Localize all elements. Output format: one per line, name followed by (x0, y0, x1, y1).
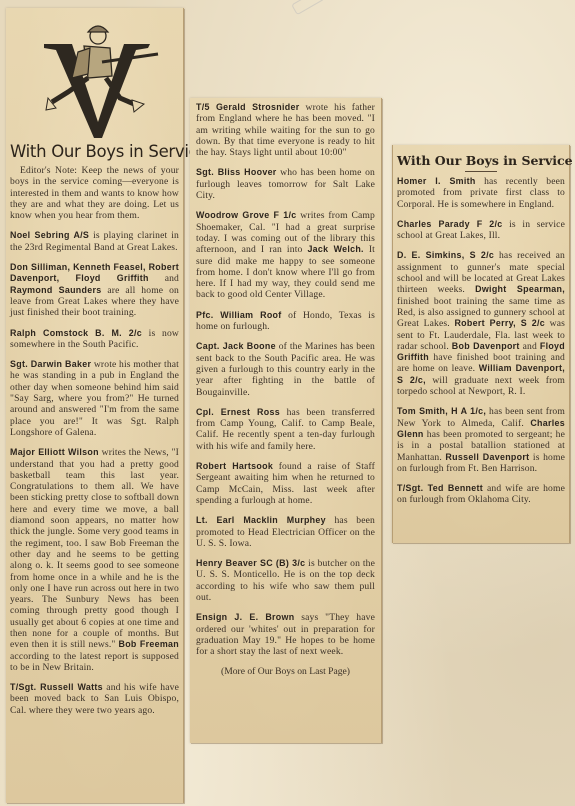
left-paragraphs: Editor's Note: Keep the news of your boy… (10, 165, 179, 716)
news-item: Noel Sebring A/S is playing clarinet in … (10, 230, 179, 253)
news-item: Capt. Jack Boone of the Marines has been… (196, 341, 375, 397)
serviceman-name: Henry Beaver SC (B) 3/c (196, 558, 305, 568)
serviceman-name: T/Sgt. Ted Bennett (397, 483, 483, 493)
news-item: Sgt. Darwin Baker wrote his mother that … (10, 359, 179, 438)
serviceman-name: Sgt. Darwin Baker (10, 359, 91, 369)
news-item: Homer I. Smith has recently been promote… (397, 176, 565, 210)
news-item: Major Elliott Wilson writes the News, "I… (10, 447, 179, 673)
serviceman-name: Pfc. William Roof (196, 310, 282, 320)
right-paragraphs: Homer I. Smith has recently been promote… (397, 176, 565, 506)
news-item: Tom Smith, H A 1/c, has been sent from N… (397, 406, 565, 474)
headline: With Our Boys in Service (397, 153, 565, 168)
continued-note: (More of Our Boys on Last Page) (196, 666, 375, 677)
news-item: Henry Beaver SC (B) 3/c is butcher on th… (196, 558, 375, 603)
serviceman-name: Tom Smith, H A 1/c, (397, 406, 486, 416)
serviceman-name: Bob Davenport (452, 341, 520, 351)
serviceman-name: Ralph Comstock B. M. 2/c (10, 328, 142, 338)
serviceman-name: Robert Hartsook (196, 461, 273, 471)
serviceman-name: Charles Glenn (397, 418, 565, 439)
serviceman-name: Jack Welch. (307, 244, 363, 254)
news-item: Editor's Note: Keep the news of your boy… (10, 165, 179, 221)
clipping-middle: T/5 Gerald Strosnider wrote his father f… (190, 98, 382, 743)
serviceman-name: Bob Freeman (118, 639, 179, 649)
soldier-running-through-v-icon (32, 18, 162, 142)
news-item: T/5 Gerald Strosnider wrote his father f… (196, 102, 375, 158)
serviceman-name: Noel Sebring A/S (10, 230, 89, 240)
serviceman-name: Raymond Saunders (10, 285, 101, 295)
news-item: D. E. Simkins, S 2/c has received an ass… (397, 250, 565, 397)
news-item: Sgt. Bliss Hoover who has been home on f… (196, 167, 375, 201)
serviceman-name: Lt. Earl Macklin Murphey (196, 515, 326, 525)
tape-mark (291, 0, 325, 15)
serviceman-name: Robert Perry, S 2/c (454, 318, 545, 328)
clipping-left: With Our Boys in Service Editor's Note: … (6, 8, 184, 803)
news-item: Don Silliman, Kenneth Feasel, Robert Dav… (10, 262, 179, 318)
serviceman-name: Cpl. Ernest Ross (196, 407, 280, 417)
serviceman-name: Homer I. Smith (397, 176, 476, 186)
news-item: T/Sgt. Ted Bennett and wife are home on … (397, 483, 565, 506)
serviceman-name: Major Elliott Wilson (10, 447, 99, 457)
news-item: Cpl. Ernest Ross has been transferred fr… (196, 407, 375, 452)
news-item: Ralph Comstock B. M. 2/c is now somewher… (10, 328, 179, 351)
serviceman-name: Charles Parady F 2/c (397, 219, 502, 229)
serviceman-name: Don Silliman, Kenneth Feasel, Robert Dav… (10, 262, 179, 283)
serviceman-name: Ensign J. E. Brown (196, 612, 294, 622)
news-item: Charles Parady F 2/c is in service schoo… (397, 219, 565, 242)
serviceman-name: Woodrow Grove F 1/c (196, 210, 297, 220)
news-item: Ensign J. E. Brown says "They have order… (196, 612, 375, 657)
news-item: Pfc. William Roof of Hondo, Texas is hom… (196, 310, 375, 333)
clipping-right: With Our Boys in Service Homer I. Smith … (392, 145, 570, 543)
serviceman-name: Russell Davenport (445, 452, 529, 462)
news-item: Woodrow Grove F 1/c writes from Camp Sho… (196, 210, 375, 300)
news-item: Robert Hartsook found a raise of Staff S… (196, 461, 375, 506)
serviceman-name: Dwight Spearman, (475, 284, 565, 294)
headline-rule (465, 171, 497, 172)
serviceman-name: T/5 Gerald Strosnider (196, 102, 299, 112)
serviceman-name: William Davenport, S 2/c, (397, 363, 565, 384)
serviceman-name: D. E. Simkins, S 2/c (397, 250, 494, 260)
middle-paragraphs: T/5 Gerald Strosnider wrote his father f… (196, 102, 375, 657)
news-item: Lt. Earl Macklin Murphey has been promot… (196, 515, 375, 549)
headline: With Our Boys in Service (10, 142, 179, 161)
news-item: T/Sgt. Russell Watts and his wife have b… (10, 682, 179, 716)
serviceman-name: T/Sgt. Russell Watts (10, 682, 103, 692)
serviceman-name: Sgt. Bliss Hoover (196, 167, 277, 177)
logo (10, 14, 179, 142)
serviceman-name: Capt. Jack Boone (196, 341, 276, 351)
